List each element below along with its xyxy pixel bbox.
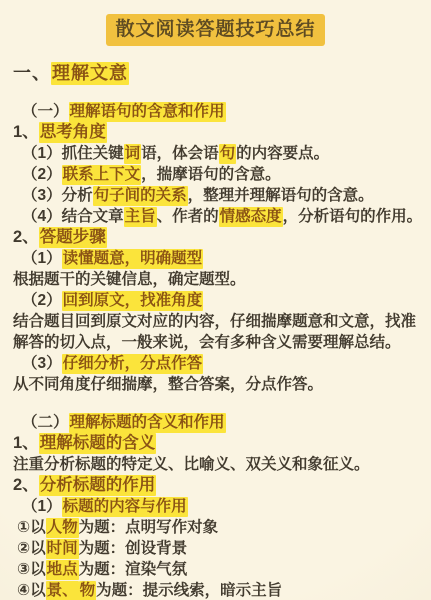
- highlighted-text: 句: [219, 144, 237, 164]
- highlighted-text: 情感态度: [219, 207, 283, 227]
- paragraph: 解答的切入点，一般来说，会有多种含义需要理解总结。: [0, 332, 431, 353]
- page-title: 散文阅读答题技巧总结: [106, 14, 324, 46]
- plain-text: ③以: [17, 561, 46, 578]
- highlighted-text: 人物: [46, 518, 79, 538]
- highlighted-text: 仔细分析，分点作答: [62, 354, 204, 374]
- plain-text: 1、: [13, 123, 39, 141]
- plain-text: 1、: [13, 434, 39, 452]
- list-item-4: （4）结合文章主旨、作者的情感态度，分析语句的作用。: [0, 206, 431, 227]
- step-heading-2: （2）回到原文，找准角度: [0, 290, 431, 311]
- content-lines: 一、理解文意（一）理解语句的含意和作用1、思考角度（1）抓住关键词语，体会语句的…: [0, 46, 431, 600]
- plain-text: （1）: [22, 498, 62, 515]
- plain-text: ，揣摩语句的含意。: [141, 166, 281, 183]
- plain-text: 2、: [13, 228, 39, 246]
- numbered-item-2: ②以时间为题：创设背景: [0, 538, 431, 559]
- plain-text: 、作者的: [157, 208, 219, 225]
- list-item-3: （3）分析句子间的关系，整理并理解语句的含意。: [0, 185, 431, 206]
- plain-text: 根据题干的关键信息，确定题型。: [13, 271, 246, 288]
- plain-text: （3）分析: [22, 187, 93, 204]
- step-heading-3: （3）仔细分析，分点作答: [0, 353, 431, 374]
- highlighted-text: 答题步骤: [39, 227, 107, 248]
- section-1-heading: 一、理解文意: [0, 62, 431, 84]
- title-area: 散文阅读答题技巧总结: [0, 0, 431, 46]
- plain-text: 从不同角度仔细揣摩，整合答案，分点作答。: [13, 376, 323, 393]
- numbered-item-3: ③以地点为题：渲染气氛: [0, 559, 431, 580]
- paragraph: 结合题目回到原文对应的内容，仔细揣摩题意和文意，找准: [0, 311, 431, 332]
- highlighted-text: 景、: [46, 581, 79, 600]
- plain-text: （二）: [22, 414, 69, 431]
- plain-text: 注重分析标题的特定义、比喻义、双关义和象征义。: [13, 456, 370, 473]
- highlighted-text: 理解标题的含义和作用: [69, 413, 226, 433]
- plain-text: ④以: [17, 582, 46, 599]
- highlighted-text: 地点: [46, 560, 79, 580]
- list-heading-title-meaning: 1、理解标题的含义: [0, 433, 431, 454]
- list-heading-answer-steps: 2、答题步骤: [0, 227, 431, 248]
- highlighted-text: 思考角度: [39, 122, 107, 143]
- plain-text: （2）: [22, 166, 62, 183]
- list-heading-title-function: 2、分析标题的作用: [0, 475, 431, 496]
- plain-text: 一、: [13, 63, 51, 83]
- plain-text: ②以: [17, 540, 46, 557]
- plain-text: （3）: [22, 355, 62, 372]
- list-item-2: （2）联系上下文，揣摩语句的含意。: [0, 164, 431, 185]
- step-heading-1: （1）读懂题意，明确题型: [0, 248, 431, 269]
- plain-text: （一）: [22, 103, 69, 120]
- highlighted-text: 读懂题意，明确题型: [62, 249, 204, 269]
- highlighted-text: 主旨: [124, 207, 157, 227]
- gap: [0, 84, 431, 101]
- numbered-item-4: ④以景、物为题：提示线索，暗示主旨: [0, 580, 431, 600]
- highlighted-text: 时间: [46, 539, 79, 559]
- list-item-1: （1）抓住关键词语，体会语句的内容要点。: [0, 143, 431, 164]
- paragraph: 从不同角度仔细揣摩，整合答案，分点作答。: [0, 374, 431, 395]
- plain-text: 的内容要点。: [236, 145, 329, 162]
- step-heading-title-content: （1）标题的内容与作用: [0, 496, 431, 517]
- plain-text: ，分析语句的作用。: [283, 208, 423, 225]
- highlighted-text: 句子间的关系: [93, 186, 188, 206]
- plain-text: 为题：点明写作对象: [79, 519, 219, 536]
- numbered-item-1: ①以人物为题：点明写作对象: [0, 517, 431, 538]
- list-heading-think-angles: 1、思考角度: [0, 122, 431, 143]
- plain-text: ①以: [17, 519, 46, 536]
- highlighted-text: 标题的内容与作用: [62, 497, 188, 517]
- highlighted-text: 回到原文，找准角度: [62, 291, 204, 311]
- plain-text: ，整理并理解语句的含意。: [188, 187, 374, 204]
- plain-text: 为题：创设背景: [79, 540, 188, 557]
- paragraph: 注重分析标题的特定义、比喻义、双关义和象征义。: [0, 454, 431, 475]
- plain-text: 结合题目回到原文对应的内容，仔细揣摩题意和文意，找准: [13, 313, 416, 330]
- plain-text: （1）抓住关键: [22, 145, 124, 162]
- subsection-1-1-heading: （一）理解语句的含意和作用: [0, 101, 431, 122]
- highlighted-text: 联系上下文: [62, 165, 142, 185]
- plain-text: 2、: [13, 476, 39, 494]
- paragraph: 根据题干的关键信息，确定题型。: [0, 269, 431, 290]
- notes-page: 散文阅读答题技巧总结 一、理解文意（一）理解语句的含意和作用1、思考角度（1）抓…: [0, 0, 431, 600]
- highlighted-text: 物: [79, 581, 97, 600]
- plain-text: 解答的切入点，一般来说，会有多种含义需要理解总结。: [13, 334, 401, 351]
- plain-text: （2）: [22, 292, 62, 309]
- gap: [0, 395, 431, 412]
- plain-text: （4）结合文章: [22, 208, 124, 225]
- subsection-2-1-heading: （二）理解标题的含义和作用: [0, 412, 431, 433]
- highlighted-text: 理解标题的含义: [39, 433, 157, 454]
- plain-text: 语，体会语: [141, 145, 219, 162]
- highlighted-text: 理解语句的含意和作用: [69, 102, 226, 122]
- plain-text: 为题：提示线索，暗示主旨: [96, 582, 282, 599]
- highlighted-text: 理解文意: [51, 62, 129, 85]
- plain-text: 为题：渲染气氛: [79, 561, 188, 578]
- highlighted-text: 分析标题的作用: [39, 475, 157, 496]
- highlighted-text: 词: [124, 144, 142, 164]
- plain-text: （1）: [22, 250, 62, 267]
